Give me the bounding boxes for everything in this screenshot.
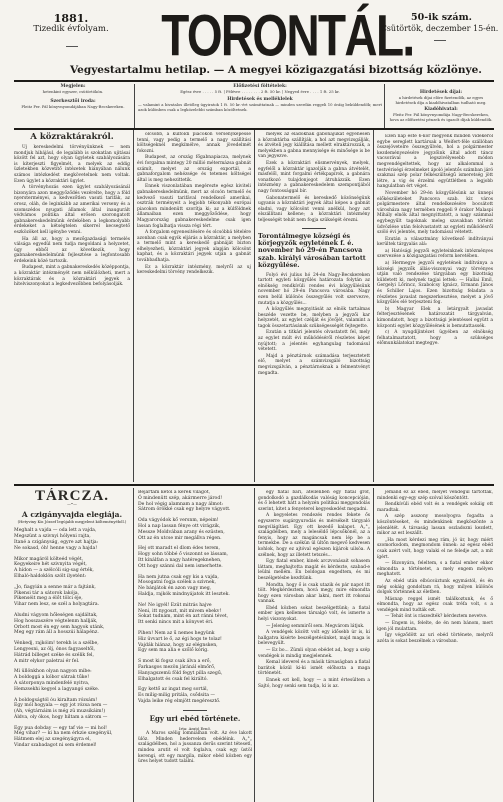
info-text: — valamint a hivatalos illetőleg ügyirat…	[138, 102, 382, 112]
article-paragraph: Ezután a választmány következő indítvány…	[377, 237, 493, 248]
masthead: 1881. Tizedik évfolyam. TORONTÁL. 50-ik …	[0, 0, 503, 84]
article-heading: Egy uri ebéd története.	[138, 715, 252, 723]
poem-stanza: A boldogságtól óu kiraltam rózsám! Egy m…	[14, 698, 130, 721]
article-paragraph: A törvényhozás ezen ügylet szabályozásán…	[14, 185, 130, 235]
poem-stanza: Meghalt a vajda — oda lett a vajda, Megs…	[14, 528, 130, 551]
article-paragraph: — Ez bo... Zümli olyan ebédet ad, hogy a…	[258, 648, 370, 659]
column-rule	[373, 130, 374, 482]
article-paragraph: Budapest, mint a gabnakereskedés középpo…	[14, 265, 130, 287]
info-subscription: Előfizetési föltételek: Egész évre . . .…	[138, 84, 382, 128]
feuilleton-column4: jemand ez az ebéd, melyet vendégül tarto…	[377, 490, 493, 802]
article-paragraph: a) Hatósági jegyzői egyleteinknek intézm…	[377, 249, 493, 260]
section-divider	[183, 710, 207, 711]
section-divider	[302, 228, 326, 229]
poem-line: Egy sem ma alia e szőlő kórig.	[138, 648, 252, 654]
column-rule	[133, 130, 134, 482]
info-text: Pleitz Fer. Pál könyvnyomdája Nagy-Becsk…	[388, 112, 494, 122]
poem-line: Hemzsekhi kegyel a lagyangó széke.	[14, 687, 130, 693]
article-paragraph: Ezek a közraktári elismervények, melyek,…	[258, 161, 370, 195]
poem-stanza: S most ki fogsz csak álva a erő, Farkasg…	[138, 659, 252, 682]
ornament: —•—	[14, 501, 130, 507]
article-paragraph: Mondta, hogy ő is csak utazik és pár nap…	[258, 583, 370, 605]
volume-label: Tizedik évfolyam.	[26, 24, 116, 34]
article-paragraph: A Maros szélig lomniálhan volt. Az éve l…	[138, 731, 252, 765]
poem-line: Meg egy rám áll a hosszúi hálapénz.	[14, 630, 130, 636]
article-paragraph: A közgyűlés megnyitását az elnök tartalm…	[258, 307, 370, 329]
masthead-rule	[14, 80, 494, 82]
poem-stanza: Pihen! Nem az ű nemes hegyünk Hiz üvvart…	[138, 631, 252, 654]
article-paragraph: melyek az eladóknak gabonájukat egyenese…	[258, 132, 370, 160]
poem-stanza: Ne! Ne igyél! Ezüt mitrás hajve Neni, it…	[138, 603, 252, 626]
article-paragraph: — Jelenleg semmiről sem. Megvárom látjuk…	[258, 624, 370, 630]
column-rule	[134, 84, 135, 128]
article-paragraph: A vendégek között volt egy idősebb úr is…	[258, 630, 370, 647]
article-paragraph: c) A nyugdíjintézet ügyében az elnökség …	[377, 330, 493, 347]
article-paragraph: Ha áll az, hogy a mezőgazdasági termelés…	[14, 237, 130, 265]
feuilleton-column3: egy fiatal bárí, átellenben egy fiatal g…	[258, 490, 370, 802]
column-rule	[384, 84, 385, 128]
poem-line: Elhalgatott és csak fel királtó.	[138, 677, 252, 683]
article-column4: Ezen nap este 6-kor megyénk minden vidék…	[377, 134, 493, 482]
article-paragraph: Ennek ezt kell, hogy — a mint értesültem…	[258, 678, 370, 689]
poem-line: Vihar nem lesz, se szél a holyagtára.	[14, 602, 130, 608]
poem-stanza: Vénkedj, rajkóim! terekh is a szélbe, Le…	[14, 641, 130, 664]
poem-line: Áldva, oly ókos, hogy hiltam a sátrom —	[14, 715, 130, 721]
poem-line: Itt senki nincs mit a könyvet éri.	[138, 620, 252, 626]
poem-stanza: Ha nem jutna csak egy kis a vajda, Mosog…	[138, 575, 252, 598]
tarcza-heading: TÁRCZA.	[14, 494, 130, 500]
article-paragraph: Kemal ideverel és a másik társaságban a …	[258, 660, 370, 677]
poem-line: Ne sokasd, óh! henne vagy a hajda!	[14, 546, 130, 552]
article-paragraph: Ebéd közben sokat beszélgettünk; a fiata…	[258, 606, 370, 623]
article-paragraph: jemand ez az ebéd, melyet vendégül tarto…	[377, 490, 493, 501]
article-paragraph: b) Magyar Elek a letárgyalt javaslat fel…	[377, 307, 493, 329]
article-paragraph: — Engem is, felelte, de én nem bánom, me…	[377, 621, 493, 632]
poem-title: A czigányvajda elegiája.	[14, 512, 130, 518]
column-rule	[254, 488, 255, 802]
poem-stanza: Egy pua dobday — egy taf vie — mi hol! M…	[14, 726, 130, 749]
column-rule	[373, 488, 374, 802]
article-paragraph: A forgalom egyenesitésére és olcsóbbá té…	[137, 230, 251, 264]
info-text: Egész évre . . . . . 5 ft. | Félévre . .…	[138, 89, 382, 94]
poem-stanza: Egy kettő az ingat meg sortál, Es milig-…	[138, 687, 252, 704]
newspaper-page: 1881. Tizedik évfolyam. TORONTÁL. 50-ik …	[0, 0, 503, 802]
article-paragraph: Az ebéd után elbúcsúztunk egymástól, és …	[377, 579, 493, 596]
article-paragraph: „Ha most kérdezi meg rám, jó úr, hogy mi…	[377, 538, 493, 560]
article-paragraph: Ennek viszonlatában megérezte egész kivi…	[137, 184, 251, 229]
info-text: Pleitz Fer. Pál könyvnyomdájában Nagy-Be…	[14, 104, 132, 109]
poem-line: Vajda leike rég elmjött megéresztő.	[138, 699, 252, 705]
decorative-dash	[66, 46, 78, 47]
newspaper-subtitle: Vegyestartalmu hetilap. — A megyei közig…	[70, 64, 490, 76]
poem-line: Sátrom örökké csak egy helyre vágyott.	[138, 507, 252, 513]
poem-stanza: Oda vágyódok kő versnm, népeim! Hol a na…	[138, 518, 252, 541]
article-column3: melyek az eladóknak gabonájukat egyenese…	[258, 132, 370, 482]
tarcza-poem-continued: Bejártam kétől a kerek világot, Ó minden…	[138, 490, 252, 802]
article-paragraph: — Bizonyára, feleltem, s a fiatal ember …	[377, 561, 493, 578]
poem-line: Elhaló-haldoklón szólt ilyetént:	[14, 574, 130, 580]
article-paragraph: A kegyeletes rendezés rendes fekete ős e…	[258, 513, 370, 558]
article-paragraph: — Tehát önt is rászedték? kérdeztem neve…	[377, 614, 493, 620]
decorative-dash	[434, 40, 446, 41]
article-paragraph: Majd a pénztárnok számadása terjesztetet…	[258, 354, 370, 376]
poem-line: A mitr elykor paletrai ér fel.	[14, 659, 130, 665]
article-budapest: olcsóbb, a külföldi piacokon versenyképe…	[137, 132, 251, 482]
issue-number: 50-ik szám.	[380, 12, 503, 23]
article-paragraph: Ez a közraktár intézmény, melyről az uj …	[137, 265, 251, 276]
article-paragraph: Így végződött az uri ebéd története, mel…	[377, 633, 493, 644]
poem-line: Vindar szabadagot ni sem érdemel!	[14, 743, 130, 749]
article-paragraph: Ezen nap este 6-kor megyénk minden vidék…	[377, 134, 493, 190]
article-paragraph: Ezután a titkári jelentés olvastatott fe…	[258, 330, 370, 352]
poem-line: Haldja, rajkók mindnyájatok itt lesztek.	[138, 592, 252, 598]
article-paragraph: November hó 29-én közgyűlésünk az ünnepi…	[377, 191, 493, 236]
article-paragraph: A szép asszony mosolyogva fogadta a kösz…	[377, 514, 493, 536]
column-rule	[254, 130, 255, 482]
poem-note: (Hetyviny Kis József legújabb megjelent …	[14, 520, 130, 525]
poem-stanza: Mikor magáról költeéd végét, Kegyekeire …	[14, 557, 130, 580]
article-heading: Torontálmegye községi és körjegyzők egyl…	[258, 233, 370, 270]
info-text: hetenkint egyszer, csütörtökön.	[14, 89, 132, 94]
article-paragraph: Másnap reggel ismét találkoztunk, és ő e…	[377, 597, 493, 614]
poem-stanza: Aludni vágyom hőleségen sajdáltak, Hog h…	[14, 613, 130, 636]
poem-stanza: Bejártam kétől a kerek világot, Ó minden…	[138, 490, 252, 513]
article-paragraph: egy fiatal bárí, átellenben egy fiatal g…	[258, 490, 370, 512]
article-paragraph: Egy fiatal ember, kinek arczvonásait soh…	[258, 559, 370, 581]
article-paragraph: Folyó évi julius hó 24-én Nagy-Becskerek…	[258, 273, 370, 307]
article-paragraph: Gabonatermelő és kereskedő közönségünk u…	[258, 196, 370, 224]
column-rule	[133, 488, 134, 802]
poem-line: Ott hogy szánni dal nem ismerhette.	[138, 564, 252, 570]
poem-stanza: Mi üllönkhon olyan nagyon mibe: A boldog…	[14, 669, 130, 692]
newspaper-title: TORONTÁL.	[161, 4, 355, 67]
article-paragraph: Budapest, az ország főgabnapiacza, melyn…	[137, 155, 251, 183]
poem-stanza: „Jo, fiagyián a senne már a fajtánk, Pik…	[14, 585, 130, 608]
subscription-info-bar: Megjelen: hetenkint egyszer, csütörtökön…	[14, 84, 494, 130]
article-paragraph: Uj kereskedelmi törvényünknek — nem mond…	[14, 145, 130, 184]
poem-line: Ott az én utcse mir megállva régen.	[138, 536, 252, 542]
article-paragraph: Rendkívüli ebéd volt és a vendégek sokái…	[377, 502, 493, 513]
issue-date: Csütörtök, deczember 15-én.	[376, 24, 503, 33]
article-kozraktar: A közraktárakról. Uj kereskedelmi törvén…	[14, 130, 130, 482]
tarcza-poem: TÁRCZA. —•— A czigányvajda elegiája. (He…	[14, 488, 130, 802]
info-text: a hirdetések díjai előre fizetendők, az …	[388, 95, 494, 105]
article-heading: A közraktárakról.	[14, 132, 130, 142]
info-publication: Megjelen: hetenkint egyszer, csütörtökön…	[14, 84, 132, 128]
feuilleton-rule	[14, 484, 494, 486]
info-advertising: Hirdetések díjai: a hirdetések díjai elő…	[388, 90, 494, 134]
poem-stanza: Hej ott maradt el dlom édes terem, Hogy …	[138, 546, 252, 569]
article-paragraph: olcsóbb, a külföldi piacokon versenyképe…	[137, 132, 251, 154]
article-paragraph: a) Hermegye jegyzői egyletének indítvány…	[377, 261, 493, 306]
